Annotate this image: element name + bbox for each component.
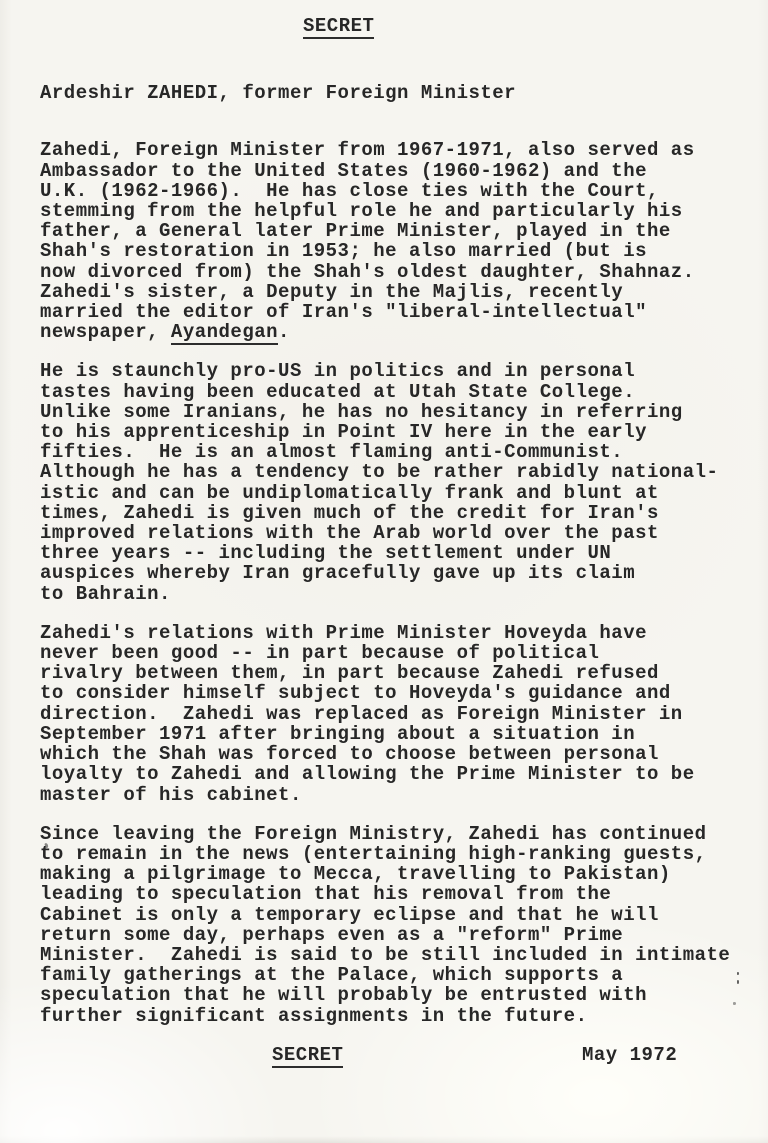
document-date: May 1972	[582, 1045, 677, 1065]
page-footer: SECRET May 1972	[0, 1045, 768, 1073]
paragraph-3: Zahedi's relations with Prime Minister H…	[40, 623, 768, 805]
ink-speck	[733, 1002, 736, 1005]
document-page: SECRET Ardeshir ZAHEDI, former Foreign M…	[0, 0, 768, 1143]
paragraph-1-period: .	[278, 321, 290, 343]
paragraph-2: He is staunchly pro-US in politics and i…	[40, 361, 768, 603]
classification-stamp-bottom: SECRET	[272, 1045, 343, 1068]
document-title: Ardeshir ZAHEDI, former Foreign Minister	[40, 83, 768, 103]
paragraph-1: Zahedi, Foreign Minister from 1967-1971,…	[40, 140, 768, 342]
ink-speck	[737, 980, 739, 984]
classification-stamp-top: SECRET	[303, 16, 374, 39]
paragraph-4: Since leaving the Foreign Ministry, Zahe…	[40, 824, 768, 1026]
underlined-word-ayandegan: Ayandegan	[171, 321, 278, 345]
ink-speck	[737, 972, 739, 975]
paragraph-1-text: Zahedi, Foreign Minister from 1967-1971,…	[40, 139, 695, 343]
